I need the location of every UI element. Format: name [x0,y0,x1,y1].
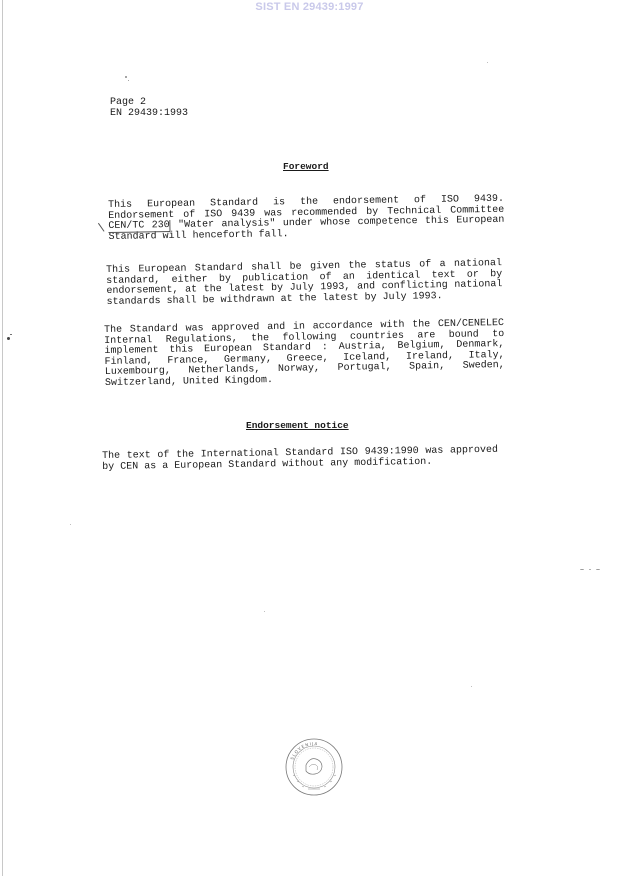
scan-speck [580,569,584,570]
scan-speck [589,569,591,570]
page-header: Page 2 EN 29439:1993 [110,97,188,119]
endorsement-heading: Endorsement notice [246,420,349,431]
foreword-paragraph-1: This European Standard is the endorsemen… [108,195,505,244]
scan-speck [7,337,10,340]
scan-speck [264,611,265,612]
watermark: SIST EN 29439:1997 [0,1,619,13]
scan-speck [70,524,71,525]
foreword-paragraph-3: The Standard was approved and in accorda… [104,319,505,390]
boxed-committee-ref: CEN/TC 230 [108,220,171,233]
scan-speck [487,62,488,63]
standard-reference: EN 29439:1993 [110,108,188,119]
scan-left-edge [2,0,3,876]
endorsement-paragraph: The text of the International Standard I… [102,446,498,473]
scan-speck [596,569,600,570]
seal-icon: SLOVENIJA [284,737,344,797]
page-label: Page 2 [110,97,188,108]
foreword-heading: Foreword [283,161,329,172]
scan-speck [471,686,472,687]
scan-speck [128,80,129,81]
scan-speck [125,76,127,78]
scan-speck [10,334,12,335]
official-seal-stamp: SLOVENIJA [284,737,344,797]
foreword-paragraph-2: This European Standard shall be given th… [106,259,503,308]
